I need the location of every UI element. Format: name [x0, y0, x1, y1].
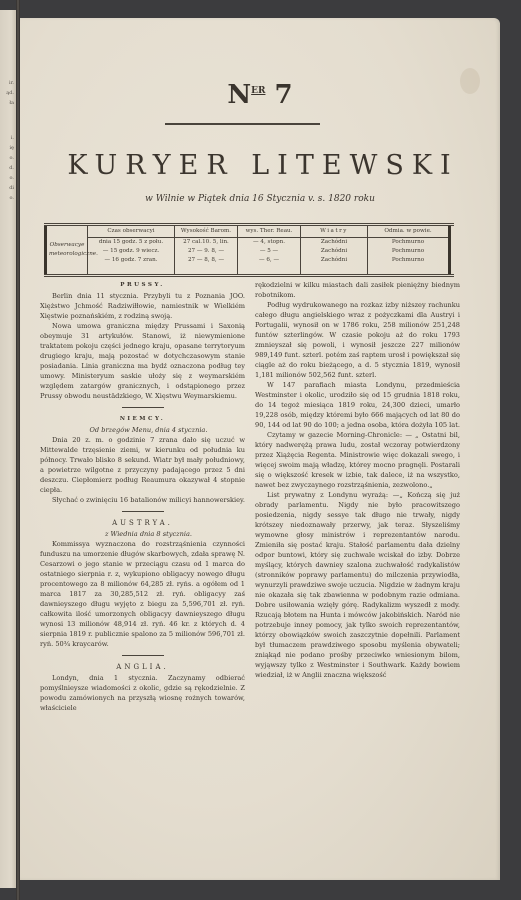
weather-cell: — 16 godz. 7 zran.: [88, 256, 174, 265]
article-paragraph: Czytamy w gazecie Morning-Chronicle: — „…: [255, 430, 460, 490]
weather-cell: — 6, —: [238, 256, 300, 265]
issue-number-value: 7: [275, 80, 293, 110]
previous-page-edge: ir. ąd. ła i. ię o. d. o. di o.: [0, 10, 16, 888]
weather-label-text: Obserwacye meteorologiczne.: [49, 241, 85, 259]
weather-cell: Pochmurno: [368, 247, 448, 256]
weather-cell: Zachódni: [301, 238, 367, 247]
weather-col-barometer: Wysokość Barom. 27 cal.10. 5, lin. 27 — …: [175, 226, 238, 274]
weather-observations-table: Obserwacye meteorologiczne. Czas obserwa…: [44, 223, 454, 277]
article-paragraph: rękodzielni w kilku miastach dali zasiłe…: [255, 280, 460, 300]
article-paragraph: Berlin dnia 11 stycznia. Przybyli tu z P…: [40, 291, 245, 321]
section-divider: [122, 655, 164, 656]
weather-header: Wysokość Barom.: [175, 226, 237, 238]
article-paragraph: Londyn, dnia 1 stycznia. Zaczynamy odbie…: [40, 673, 245, 713]
weather-header: Odmia. w powie.: [368, 226, 448, 238]
weather-cell: 27 — 8, 8, —: [175, 256, 237, 265]
weather-cell: — 15 godz. 9 wiecz.: [88, 247, 174, 256]
section-divider: [122, 511, 164, 512]
section-heading-niemcy: NIEMCY.: [40, 414, 245, 424]
prev-page-fragment: ła: [9, 100, 14, 106]
prev-page-fragment: i.: [11, 135, 14, 141]
weather-cell: — 4, stopn.: [238, 238, 300, 247]
weather-cell: Pochmurno: [368, 256, 448, 265]
issue-dateline: w Wilnie w Piątek dnia 16 Stycznia v. s.…: [20, 194, 500, 204]
weather-header: Czas obserwacyi: [88, 226, 174, 238]
prev-page-fragment: di: [9, 185, 14, 191]
prev-page-fragment: o.: [9, 195, 14, 201]
weather-cell: 27 — 9. 8, —: [175, 247, 237, 256]
article-dateline: Od brzegów Menu, dnia 4 stycznia.: [40, 425, 245, 435]
weather-col-winds: Wiatry Zachódni Zachódni Zachódni: [301, 226, 368, 274]
weather-cell: Zachódni: [301, 256, 367, 265]
weather-cell: dnia 15 godz. 5 z połu.: [88, 238, 174, 247]
prev-page-fragment: o.: [9, 155, 14, 161]
newspaper-title: KURYER LITEWSKI: [20, 150, 500, 181]
article-columns: PRUSSY. Berlin dnia 11 stycznia. Przybyl…: [40, 280, 460, 713]
prev-page-fragment: ąd.: [6, 90, 14, 96]
masthead-divider: [165, 123, 320, 125]
article-paragraph: Dnia 20 z. m. o godzinie 7 zrana dało si…: [40, 435, 245, 495]
article-paragraph: List prywatny z Londynu wyrażą: —„ Kończ…: [255, 490, 460, 680]
issue-number-sup: ER: [251, 86, 265, 96]
prev-page-fragment: ir.: [9, 80, 14, 86]
prev-page-fragment: o.: [9, 175, 14, 181]
weather-label: Obserwacye meteorologiczne.: [44, 226, 88, 274]
article-dateline: z Wiednia dnia 8 stycznia.: [40, 529, 245, 539]
section-divider: [122, 407, 164, 408]
prev-page-fragment: d.: [9, 165, 14, 171]
weather-cell: 27 cal.10. 5, lin.: [175, 238, 237, 247]
weather-cell: Pochmurno: [368, 238, 448, 247]
weather-cell: — 5 —: [238, 247, 300, 256]
article-paragraph: Kommissya wyznaczona do rozstrząśnienia …: [40, 539, 245, 649]
article-paragraph: Podług wydrukowanego na rozkaz izby niżs…: [255, 300, 460, 380]
right-column: rękodzielni w kilku miastach dali zasiłe…: [255, 280, 460, 713]
weather-col-sky: Odmia. w powie. Pochmurno Pochmurno Poch…: [368, 226, 451, 274]
prev-page-fragment: ię: [9, 145, 14, 151]
section-heading-prussy: PRUSSY.: [40, 280, 245, 290]
left-column: PRUSSY. Berlin dnia 11 stycznia. Przybyl…: [40, 280, 245, 713]
issue-number: NER 7: [20, 80, 500, 110]
newspaper-page: NER 7 KURYER LITEWSKI w Wilnie w Piątek …: [20, 18, 500, 880]
article-paragraph: W 147 parafiach miasta Londynu, przedmie…: [255, 380, 460, 430]
weather-col-time: Czas obserwacyi dnia 15 godz. 5 z połu. …: [88, 226, 175, 274]
article-paragraph: Nowa umowa graniczna między Prussami i S…: [40, 321, 245, 401]
weather-header: Wiatry: [301, 226, 367, 238]
issue-number-prefix: N: [227, 80, 251, 110]
weather-cell: Zachódni: [301, 247, 367, 256]
article-paragraph: Słychać o zwinięciu 16 batalionów milicy…: [40, 495, 245, 505]
weather-header: wys. Ther. Reau.: [238, 226, 300, 238]
section-heading-anglia: ANGLIA.: [40, 662, 245, 672]
weather-col-thermometer: wys. Ther. Reau. — 4, stopn. — 5 — — 6, …: [238, 226, 301, 274]
section-heading-austrya: AUSTRYA.: [40, 518, 245, 528]
